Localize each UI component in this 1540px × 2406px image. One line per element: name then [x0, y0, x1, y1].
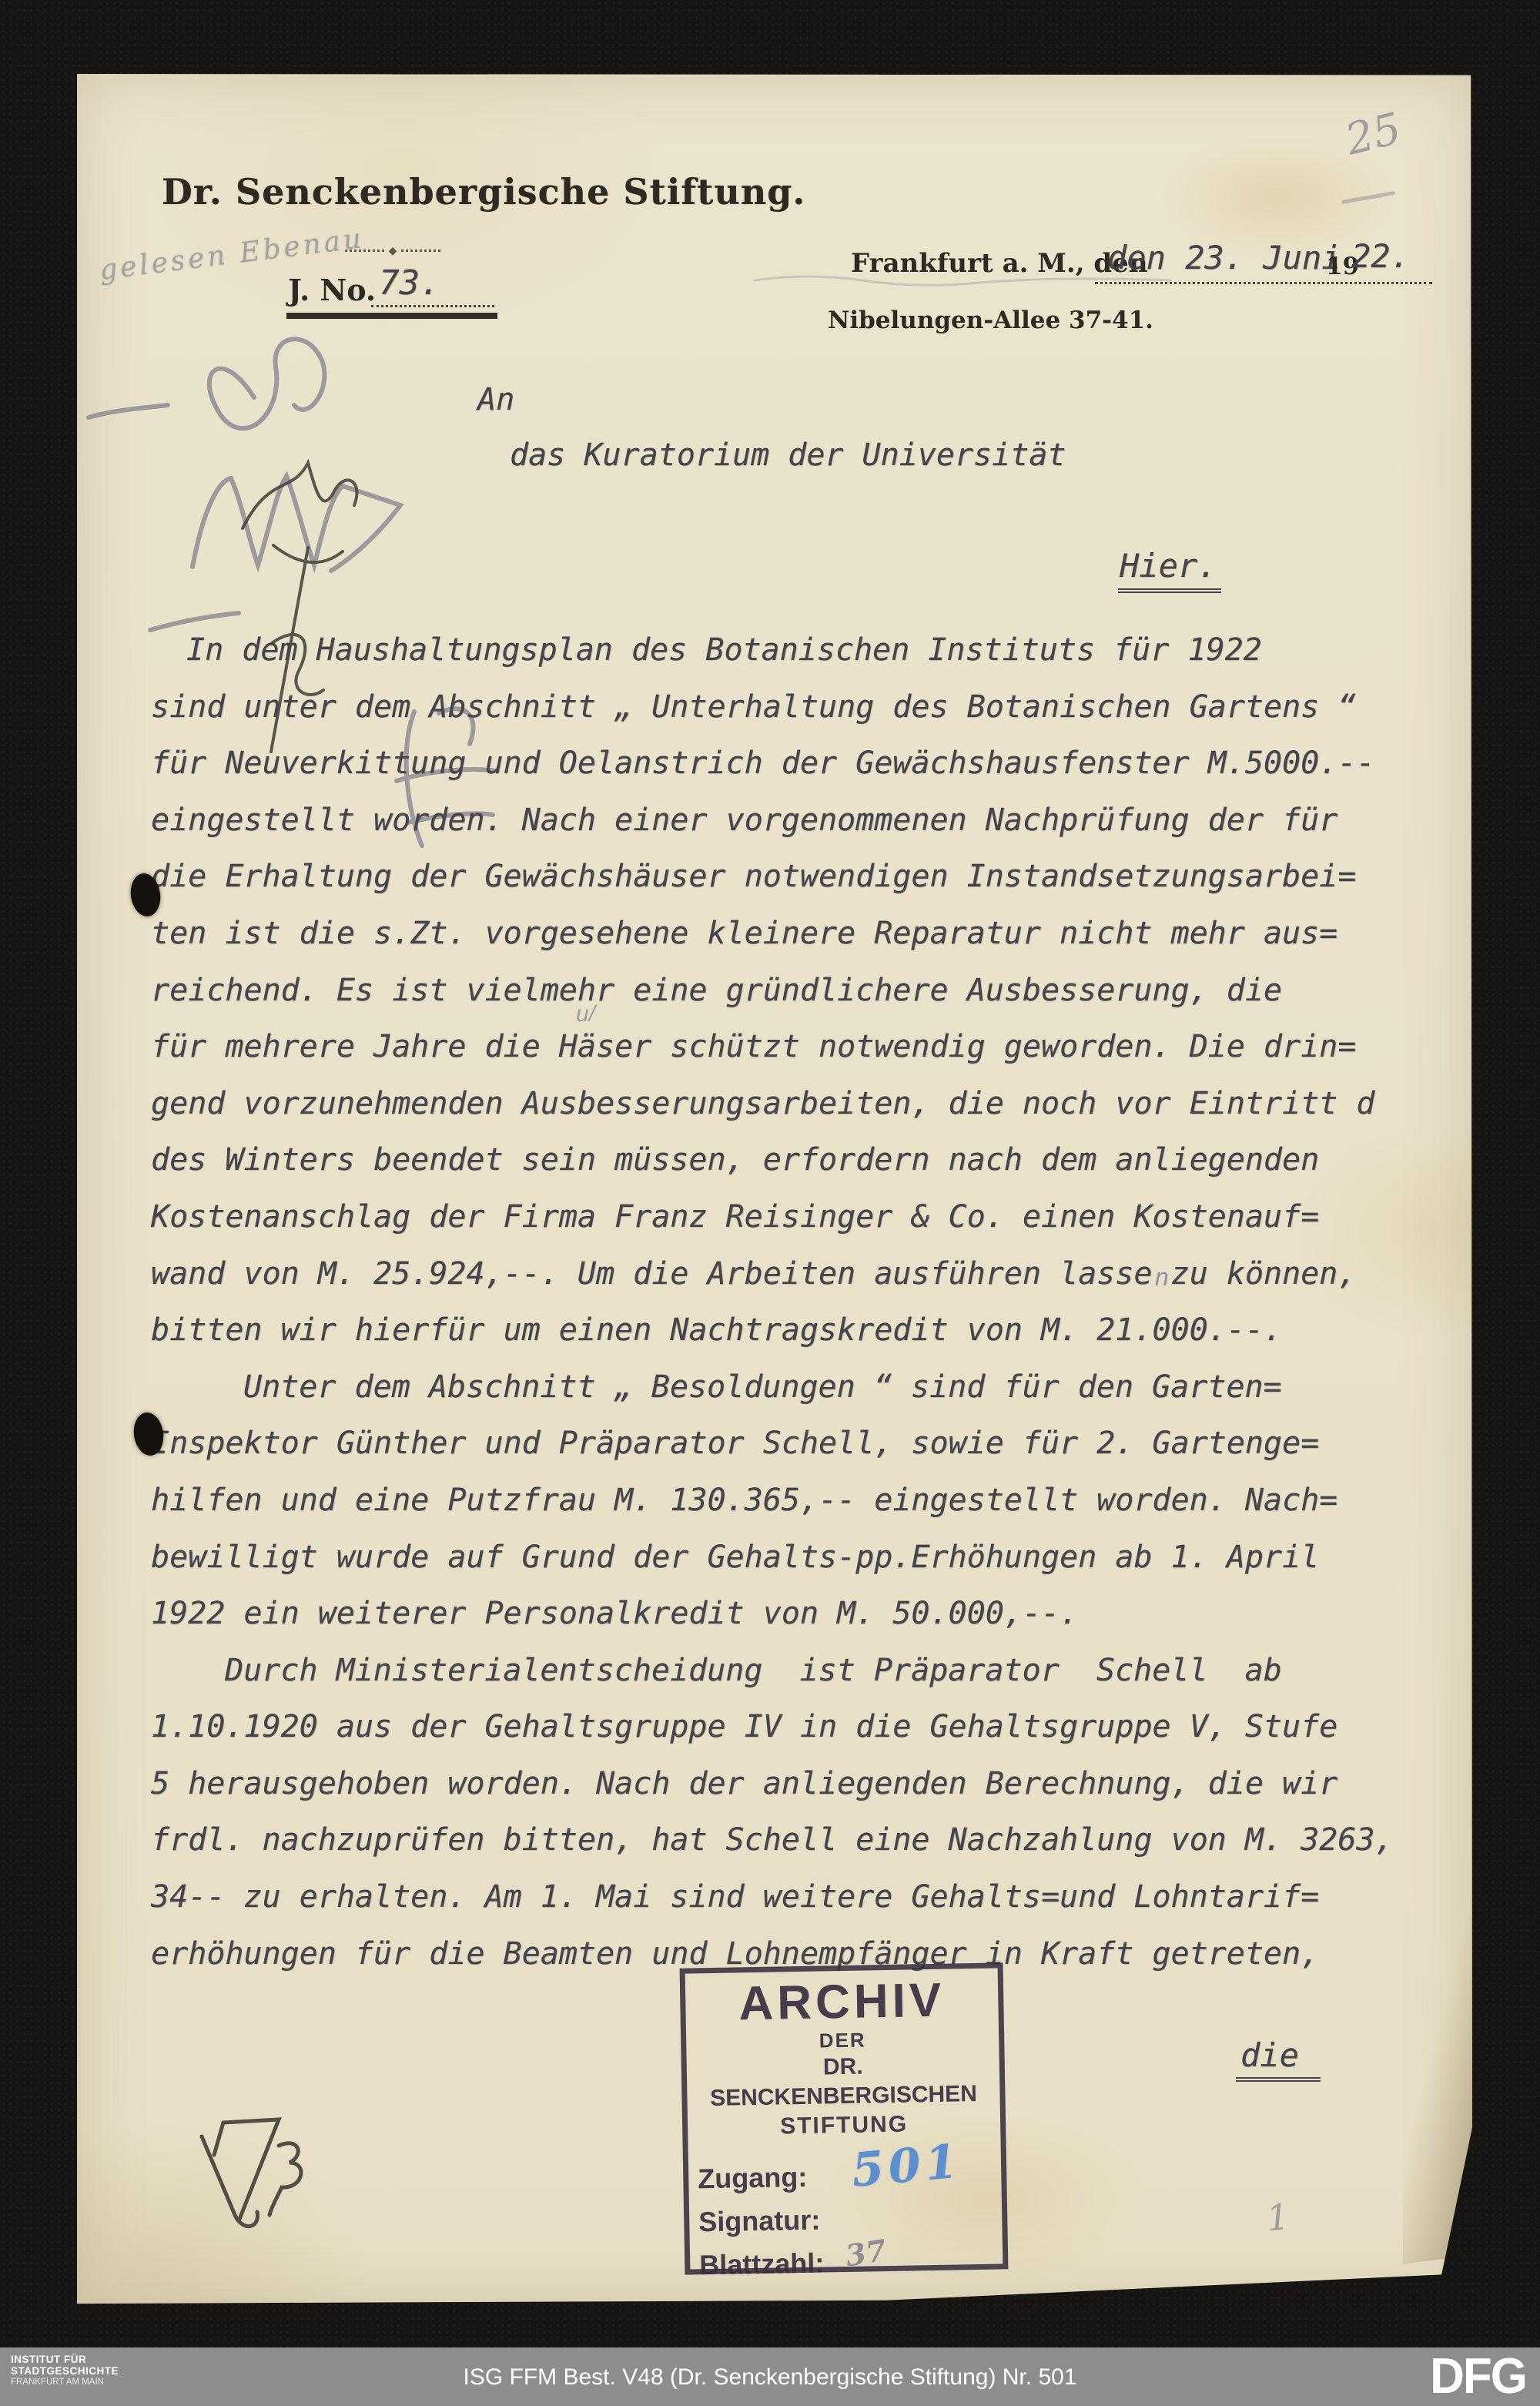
body-line: für mehrere Jahre die Häser schützt notw… — [151, 1024, 1465, 1081]
ornament-line-right — [401, 250, 440, 252]
body-line: eingestellt worden. Nach einer vorgenomm… — [151, 797, 1465, 854]
recipient-salutation: An — [477, 382, 514, 417]
body-line: reichend. Es ist vielmehr eine gründlich… — [151, 967, 1465, 1024]
journal-number-dotted-line — [371, 305, 494, 307]
date-dotted-line — [1095, 282, 1432, 284]
institute-line-1: INSTITUT FÜR — [11, 2354, 119, 2365]
body-line: 1.10.1920 aus der Gehaltsgruppe IV in di… — [151, 1704, 1465, 1761]
stamp-field-zugang: Zugang: 501 — [698, 2157, 1002, 2206]
body-line: wand von M. 25.924,--. Um die Arbeiten a… — [151, 1251, 1465, 1308]
journal-number-label: J. No. — [288, 273, 376, 307]
body-line: gend vorzunehmenden Ausbesserungsarbeite… — [151, 1081, 1465, 1138]
scan-background: Dr. Senckenbergische Stiftung. ◆ J. No. … — [0, 0, 1540, 2406]
body-line: Unter dem Abschnitt „ Besoldungen “ sind… — [151, 1364, 1465, 1421]
pencil-bottom-number: 1 — [1264, 2196, 1291, 2240]
body-line: sind unter dem Abschnitt „ Unterhaltung … — [151, 684, 1465, 741]
catchword: die — [1236, 2036, 1321, 2082]
archive-reference-caption: ISG FFM Best. V48 (Dr. Senckenbergische … — [0, 2364, 1540, 2391]
journal-number-value: 73. — [379, 263, 440, 303]
body-line: für Neuverkittung und Oelanstrich der Ge… — [151, 740, 1465, 797]
stamp-line-archiv: ARCHIV — [685, 1974, 999, 2030]
place-printed: Frankfurt a. M., den — [851, 248, 1148, 279]
year-typed-suffix: 22. — [1351, 237, 1410, 275]
body-line: Inspektor Günther und Präparator Schell,… — [151, 1420, 1465, 1477]
body-line: 1922 ein weiterer Personalkredit von M. … — [151, 1590, 1465, 1647]
body-line: Durch Ministerialentscheidung ist Präpar… — [151, 1647, 1465, 1704]
stamp-field-blattzahl-value: 37 — [843, 2233, 889, 2274]
body-line: hilfen und eine Putzfrau M. 130.365,-- e… — [151, 1477, 1465, 1534]
recipient-addressee: das Kuratorium der Universität — [510, 437, 1066, 473]
body-line: 34-- zu erhalten. Am 1. Mai sind weitere… — [151, 1874, 1465, 1931]
pencil-page-number-underline — [1341, 191, 1395, 204]
viewer-footer-bar: INSTITUT FÜR STADTGESCHICHTE FRANKFURT A… — [0, 2347, 1540, 2406]
stamp-field-blattzahl-label: Blattzahl: — [699, 2247, 825, 2280]
letter-body: In dem Haushaltungsplan des Botanischen … — [151, 627, 1465, 1987]
body-line: In dem Haushaltungsplan des Botanischen … — [151, 627, 1465, 684]
recipient-location: Hier. — [1118, 547, 1221, 593]
body-line: ten ist die s.Zt. vorgesehene kleinere R… — [151, 910, 1465, 967]
stamp-field-blattzahl: Blattzahl: 37 — [699, 2243, 1003, 2292]
journal-number-rule — [286, 313, 497, 319]
body-line: 5 herausgehoben worden. Nach der anliege… — [151, 1761, 1465, 1818]
date-typed: den 23. Juni — [1107, 239, 1341, 276]
document-page: Dr. Senckenbergische Stiftung. ◆ J. No. … — [77, 74, 1472, 2306]
paper-fold — [1403, 1855, 1472, 2264]
stamp-field-zugang-value: 501 — [849, 2134, 964, 2197]
body-line: Kostenanschlag der Firma Franz Reisinger… — [151, 1194, 1465, 1251]
ornament-diamond-icon: ◆ — [389, 246, 397, 254]
insertion-mark-lassen: n — [1155, 1263, 1169, 1292]
stamp-field-zugang-label: Zugang: — [698, 2161, 808, 2194]
pencil-page-number: 25 — [1341, 103, 1406, 165]
stamp-line-senckenbergischen: DR. SENCKENBERGISCHEN — [687, 2049, 1000, 2113]
body-line: bewilligt wurde auf Grund der Gehalts-pp… — [151, 1534, 1465, 1591]
letterhead-street: Nibelungen-Allee 37-41. — [828, 307, 1153, 334]
archive-stamp: ARCHIV DER DR. SENCKENBERGISCHEN STIFTUN… — [680, 1962, 1009, 2274]
insertion-mark-haeuser: u/ — [576, 1001, 595, 1027]
body-line: des Winters beendet sein müssen, erforde… — [151, 1137, 1465, 1194]
stamp-field-signatur-label: Signatur: — [698, 2204, 821, 2238]
body-line: die Erhaltung der Gewächshäuser notwendi… — [151, 853, 1465, 910]
dfg-logo: DFG — [1430, 2347, 1526, 2405]
body-line: frdl. nachzuprüfen bitten, hat Schell ei… — [151, 1817, 1465, 1874]
letterhead-organization: Dr. Senckenbergische Stiftung. — [162, 171, 805, 213]
body-line: bitten wir hierfür um einen Nachtragskre… — [151, 1307, 1465, 1364]
